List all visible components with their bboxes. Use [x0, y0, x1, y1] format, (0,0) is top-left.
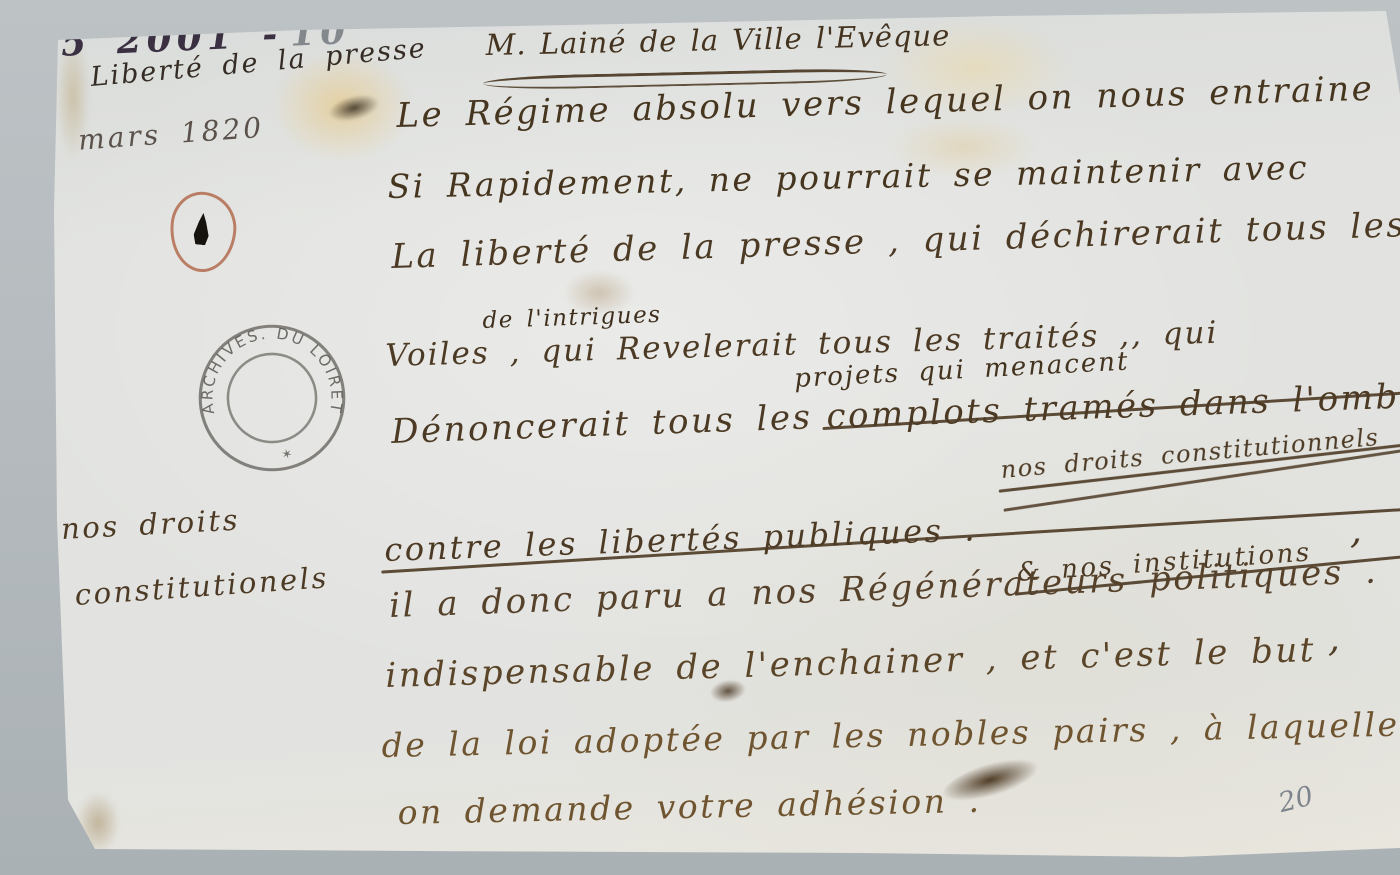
- body-line-10: on demande votre adhésion .: [397, 781, 982, 832]
- stamp-inner-ring: [218, 344, 326, 452]
- body-line-7-comma: ,: [1328, 616, 1343, 660]
- edge-stain: [76, 792, 120, 854]
- heading-addressee: M. Lainé de la Ville l'Evêque: [485, 18, 950, 62]
- photo-backdrop: 25 2001 -10 Liberté de la presse 22 mars…: [0, 0, 1400, 875]
- margin-note-line2: constitutionels: [74, 560, 330, 612]
- page-number-pencil: 20: [1276, 781, 1317, 819]
- stamp-star-icon: ✶: [280, 446, 295, 463]
- archive-stamp: ARCHIVES. DU LOIRET ✶: [172, 298, 373, 499]
- body-line-5-kept: Dénoncerait tous les: [391, 397, 814, 452]
- date-note: 22 mars 1820: [16, 111, 265, 161]
- interline-insertion: de l'intrigues: [482, 302, 662, 334]
- body-line-3: La liberté de la presse , qui déchirerai…: [391, 205, 1400, 277]
- margin-note-line1: nos droits: [60, 503, 240, 546]
- ink-drop-icon: [193, 212, 211, 245]
- circled-ink-blot: [166, 189, 240, 275]
- body-line-6-comma: ,: [1350, 508, 1365, 552]
- body-line-8: indispensable de l'enchainer , et c'est …: [385, 630, 1317, 696]
- body-line-2: Si Rapidement, ne pourrait se maintenir …: [387, 148, 1309, 206]
- body-line-9: de la loi adoptée par les nobles pairs ,…: [381, 705, 1400, 765]
- ink-smudge: [326, 90, 382, 126]
- manuscript-paper: 25 2001 -10 Liberté de la presse 22 mars…: [0, 0, 1400, 875]
